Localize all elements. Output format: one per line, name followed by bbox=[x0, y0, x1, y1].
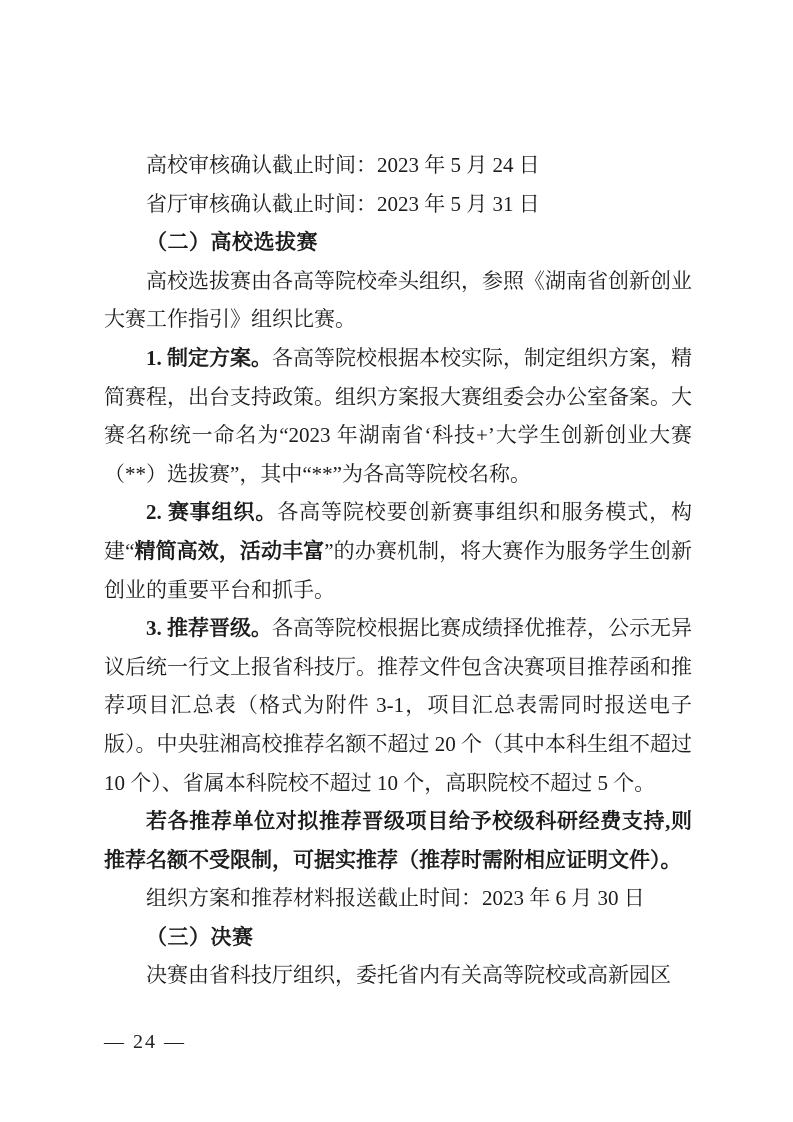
paragraph-deadline-province-review: 省厅审核确认截止时间：2023 年 5 月 31 日 bbox=[104, 185, 692, 224]
paragraph-text: 高校选拔赛由各高等院校牵头组织，参照《湖南省创新创业大赛工作指引》组织比赛。 bbox=[104, 269, 692, 332]
section-heading-3: （三）决赛 bbox=[104, 918, 692, 957]
heading-text: （三）决赛 bbox=[146, 925, 254, 949]
paragraph-item-2-organization: 2. 赛事组织。各高等院校要创新赛事组织和服务模式，构建“精简高效，活动丰富”的… bbox=[104, 493, 692, 609]
paragraph-text: 若各推荐单位对拟推荐晋级项目给予校级科研经费支持,则推荐名额不受限制，可据实推荐… bbox=[104, 809, 692, 872]
item-label: 2. 赛事组织。 bbox=[146, 500, 277, 524]
item-label: 1. 制定方案。 bbox=[146, 346, 272, 370]
emphasis-text: 精简高效，活动丰富 bbox=[134, 539, 324, 563]
paragraph-deadline-materials: 组织方案和推荐材料报送截止时间：2023 年 6 月 30 日 bbox=[104, 879, 692, 918]
page-number: — 24 — bbox=[104, 1031, 186, 1053]
paragraph-final-intro: 决赛由省科技厅组织，委托省内有关高等院校或高新园区 bbox=[104, 956, 692, 995]
paragraph-text: 决赛由省科技厅组织，委托省内有关高等院校或高新园区 bbox=[146, 963, 671, 987]
paragraph-text: 省厅审核确认截止时间：2023 年 5 月 31 日 bbox=[146, 192, 540, 216]
paragraph-selection-intro: 高校选拔赛由各高等院校牵头组织，参照《湖南省创新创业大赛工作指引》组织比赛。 bbox=[104, 262, 692, 339]
paragraph-deadline-school-review: 高校审核确认截止时间：2023 年 5 月 24 日 bbox=[104, 146, 692, 185]
heading-text: （二）高校选拔赛 bbox=[146, 230, 318, 254]
paragraph-funding-note: 若各推荐单位对拟推荐晋级项目给予校级科研经费支持,则推荐名额不受限制，可据实推荐… bbox=[104, 802, 692, 879]
paragraph-text: 各高等院校根据比赛成绩择优推荐，公示无异议后统一行文上报省科技厅。推荐文件包含决… bbox=[104, 616, 692, 794]
section-heading-2: （二）高校选拔赛 bbox=[104, 223, 692, 262]
paragraph-item-3-recommendation: 3. 推荐晋级。各高等院校根据比赛成绩择优推荐，公示无异议后统一行文上报省科技厅… bbox=[104, 609, 692, 802]
item-label: 3. 推荐晋级。 bbox=[146, 616, 272, 640]
page-footer: — 24 — bbox=[104, 1024, 186, 1060]
document-page: 高校审核确认截止时间：2023 年 5 月 24 日 省厅审核确认截止时间：20… bbox=[0, 0, 793, 1122]
paragraph-item-1-plan: 1. 制定方案。各高等院校根据本校实际，制定组织方案，精简赛程，出台支持政策。组… bbox=[104, 339, 692, 493]
paragraph-text: 高校审核确认截止时间：2023 年 5 月 24 日 bbox=[146, 153, 540, 177]
document-body: 高校审核确认截止时间：2023 年 5 月 24 日 省厅审核确认截止时间：20… bbox=[104, 146, 692, 995]
paragraph-text: 组织方案和推荐材料报送截止时间：2023 年 6 月 30 日 bbox=[146, 886, 645, 910]
